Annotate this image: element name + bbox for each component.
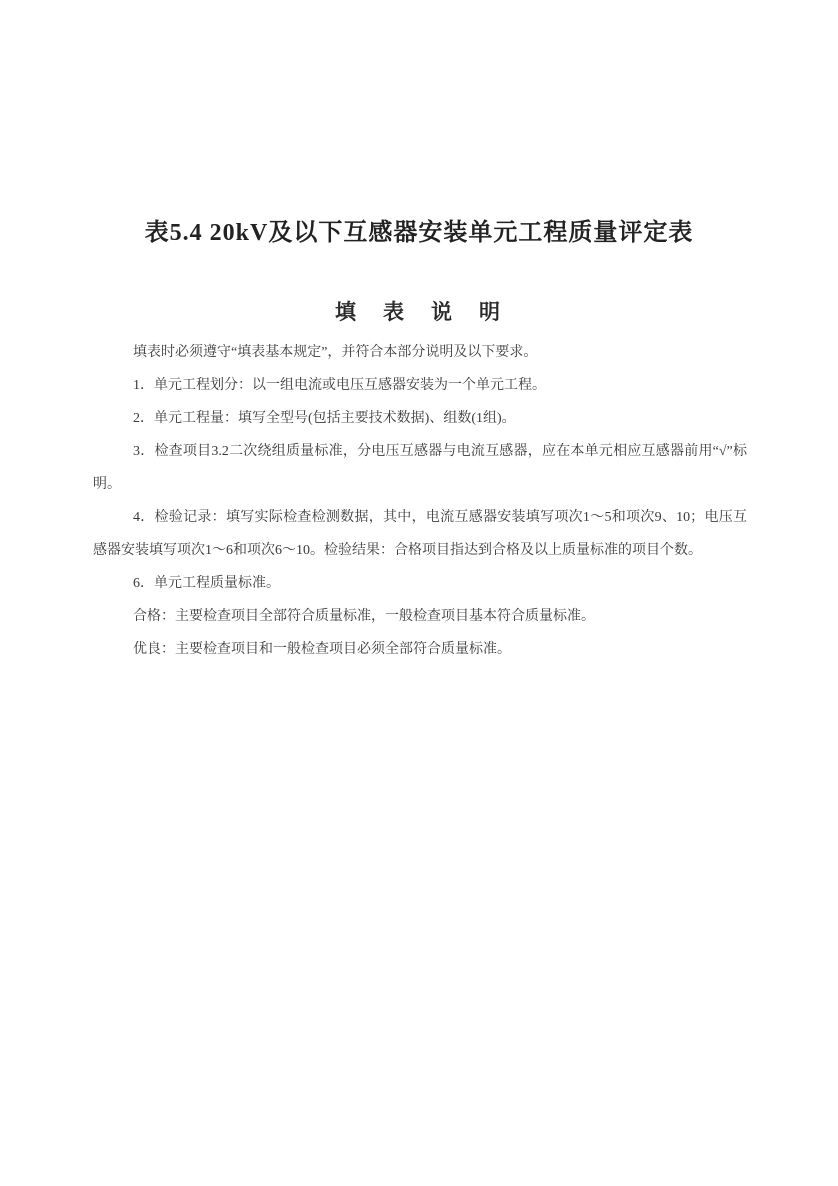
instruction-paragraph: 3．检查项目3.2二次绕组质量标准，分电压互感器与电流互感器，应在本单元相应互感… bbox=[93, 435, 747, 501]
page-title: 表5.4 20kV及以下互感器安装单元工程质量评定表 bbox=[0, 212, 838, 247]
instruction-paragraph: 6．单元工程质量标准。 bbox=[93, 567, 747, 600]
fill-instructions-body: 填表时必须遵守“填表基本规定”，并符合本部分说明及以下要求。1．单元工程划分：以… bbox=[93, 336, 747, 666]
document-page: 表5.4 20kV及以下互感器安装单元工程质量评定表 填 表 说 明 填表时必须… bbox=[0, 0, 838, 1186]
instruction-paragraph: 4．检验记录：填写实际检查检测数据，其中，电流互感器安装填写项次1～5和项次9、… bbox=[93, 501, 747, 567]
instruction-paragraph: 2．单元工程量：填写全型号(包括主要技术数据)、组数(1组)。 bbox=[93, 402, 747, 435]
instruction-paragraph: 填表时必须遵守“填表基本规定”，并符合本部分说明及以下要求。 bbox=[93, 336, 747, 369]
section-subtitle: 填 表 说 明 bbox=[0, 296, 838, 326]
instruction-paragraph: 1．单元工程划分：以一组电流或电压互感器安装为一个单元工程。 bbox=[93, 369, 747, 402]
instruction-paragraph: 合格：主要检查项目全部符合质量标准，一般检查项目基本符合质量标准。 bbox=[93, 600, 747, 633]
instruction-paragraph: 优良：主要检查项目和一般检查项目必须全部符合质量标准。 bbox=[93, 633, 747, 666]
